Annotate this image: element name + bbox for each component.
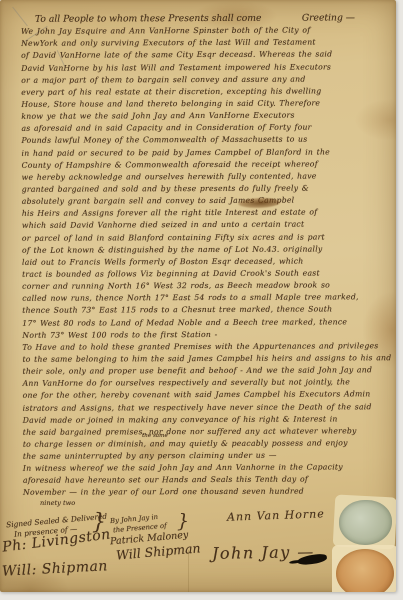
deed-text: To all People to whom these Presents sha… xyxy=(21,12,395,499)
greeting-word: Greeting — xyxy=(302,12,355,24)
manuscript-line: In witness whereof we the said John Jay … xyxy=(23,461,395,475)
opening-clause: To all People to whom these Presents sha… xyxy=(35,13,261,26)
year-continuation: ninety two xyxy=(40,499,75,507)
wax-seal-orange xyxy=(336,549,394,592)
manuscript-line: 17° West 80 rods to Land of Medad Noble … xyxy=(22,316,394,330)
fold-crease xyxy=(188,550,189,592)
manuscript-line: one for the other, hereby covenant with … xyxy=(23,389,395,403)
manuscript-line: called now runs, thence North 17° East 5… xyxy=(22,291,394,305)
manuscript-line: istrators and Assigns, that we respectiv… xyxy=(23,401,395,415)
wax-wafer-seal-green xyxy=(339,500,392,545)
manuscript-page: To all People to whom these Presents sha… xyxy=(0,0,396,592)
manuscript-line: to charge lessen or diminish, and may qu… xyxy=(23,437,395,451)
witness-signature-shipman-left: Will: Shipman xyxy=(2,558,109,580)
interline-insertion: the same xyxy=(142,433,168,439)
signature-ann-van-horne: Ann Van Horne xyxy=(227,507,325,523)
